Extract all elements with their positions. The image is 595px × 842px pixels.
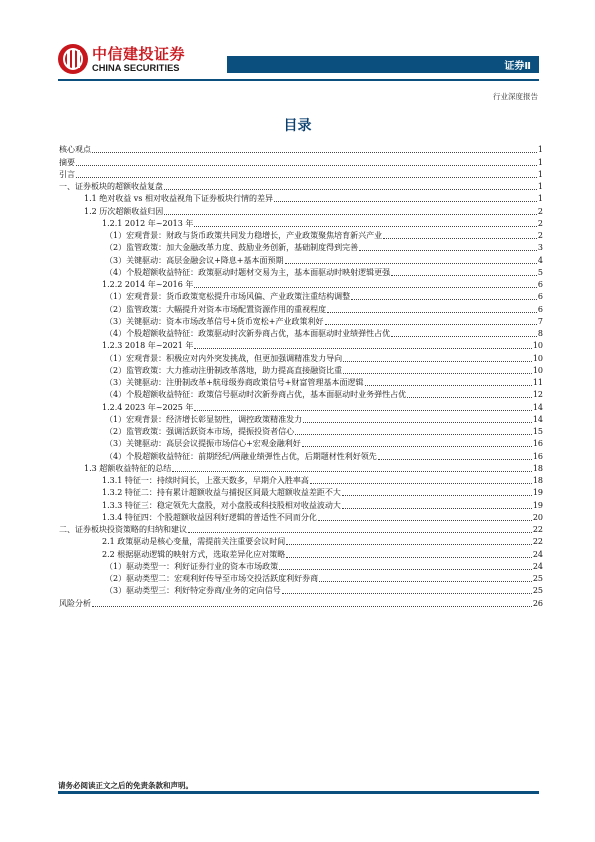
toc-entry-page: 8 [537,329,543,339]
toc-entry[interactable]: 1.2.2 2014 年~2016 年6 [59,278,543,290]
toc-entry-page: 26 [532,599,543,609]
dot-leader [310,483,532,484]
toc-entry-label: （4）个股超额收益特征：政策信号驱动时次新券商占优，基本面驱动时业务弹性占优 [105,390,407,400]
toc-entry[interactable]: （3）关键驱动：注册制改革+航母级券商政策信号+财富管理基本面逻辑11 [59,376,543,388]
toc-entry[interactable]: （4）个股超额收益特征：政策驱动时次新券商占优，基本面驱动时业绩弹性占优8 [59,327,543,339]
dot-leader [194,287,537,288]
toc-entry[interactable]: 1.3.1 特征一：持续时间长，上涨天数多，早期介入胜率高18 [59,474,543,486]
toc-entry-page: 10 [532,354,543,364]
toc-entry-page: 10 [532,366,543,376]
dot-leader [327,312,537,313]
toc-entry-label: （3）关键驱动：高层会议提振市场信心+宏观金融利好 [105,439,302,449]
toc-entry-page: 1 [537,182,543,192]
toc-entry[interactable]: 1.2 历次超额收益归因2 [59,204,543,216]
toc-entry-page: 5 [537,268,543,278]
toc-entry-page: 2 [537,219,543,229]
toc-entry[interactable]: 引言1 [59,168,543,180]
toc-entry[interactable]: 2.2 根据驱动逻辑的映射方式，选取差异化应对策略24 [59,547,543,559]
logo-chinese-name: 中信建投证券 [92,43,185,64]
company-logo: 中信建投证券 CHINA SECURITIES [58,42,188,78]
dot-leader [92,606,532,607]
toc-entry[interactable]: （4）个股超额收益特征：前期经纪/两融业绩弹性占优，后期题材性利好领先16 [59,449,543,461]
toc-entry[interactable]: 1.3.4 特征四：个股超额收益因利好逻辑的普适性不同而分化20 [59,511,543,523]
header-band: 证券Ⅱ [227,56,539,73]
table-of-contents: 核心观点1摘要1引言1一、证券板块的超额收益复盘11.1 绝对收益 vs 相对收… [59,143,543,609]
toc-entry-label: （4）个股超额收益特征：前期经纪/两融业绩弹性占优，后期题材性利好领先 [105,452,378,462]
toc-entry[interactable]: （2）监管政策：加大金融改革力度、鼓励业务创新，基础制度得到完善3 [59,241,543,253]
toc-entry-page: 6 [537,305,543,315]
toc-entry[interactable]: （3）关键驱动：高层会议提振市场信心+宏观金融利好16 [59,437,543,449]
toc-entry-page: 6 [537,292,543,302]
toc-entry-page: 12 [532,390,543,400]
toc-entry-label: 1.3.2 特征二：持有累计超额收益与捕捉区间最大超额收益差距不大 [102,488,342,498]
toc-entry-label: （2）监管政策：大幅提升对资本市场配置资源作用的重视程度 [105,305,327,315]
toc-entry-label: （3）关键驱动：高层金融会议+降息+基本面预期 [105,256,285,266]
toc-entry-page: 2 [537,207,543,217]
dot-leader [286,557,532,558]
toc-entry-label: 1.3.4 特征四：个股超额收益因利好逻辑的普适性不同而分化 [102,513,318,523]
dot-leader [188,532,532,533]
dot-leader [325,324,537,325]
dot-leader [365,385,532,386]
toc-entry-label: 1.3.1 特征一：持续时间长，上涨天数多，早期介入胜率高 [102,476,310,486]
toc-entry-label: （2）驱动类型二：宏观利好传导至市场交投活跃度利好券商 [105,574,319,584]
toc-entry-page: 4 [537,256,543,266]
toc-entry[interactable]: 1.3.3 特征三：稳定领先大盘股，对小盘股或科技股相对收益波动大19 [59,498,543,510]
dot-leader [286,544,532,545]
dot-leader [342,508,532,509]
toc-entry[interactable]: （4）个股超额收益特征：政策驱动时题材交易为主，基本面驱动时映射逻辑更强5 [59,266,543,278]
toc-entry-label: （1）宏观背景：货币政策宽松提升市场风偏、产业政策注重结构调整 [105,292,351,302]
dot-leader [274,201,537,202]
dot-leader [194,226,537,227]
toc-entry[interactable]: （1）宏观背景：货币政策宽松提升市场风偏、产业政策注重结构调整6 [59,290,543,302]
dot-leader [303,422,532,423]
toc-entry-page: 16 [532,439,543,449]
toc-entry[interactable]: 1.1 绝对收益 vs 相对收益视角下证券板块行情的差异1 [59,192,543,204]
toc-entry[interactable]: 二、证券板块投资策略的归纳和建议22 [59,523,543,535]
toc-entry-label: 引言 [59,170,76,180]
toc-entry-page: 18 [532,464,543,474]
toc-entry-page: 22 [532,525,543,535]
toc-entry[interactable]: （2）监管政策：大力推动注册制改革落地，助力提高直接融资比重10 [59,364,543,376]
dot-leader [92,152,537,153]
toc-entry-page: 1 [537,194,543,204]
toc-entry-label: 1.2 历次超额收益归因 [84,207,164,217]
toc-entry-label: 1.3 超额收益特征的总结 [84,464,172,474]
toc-entry[interactable]: （1）宏观背景：财政与货币政策共同发力稳增长，产业政策聚焦培育新兴产业2 [59,229,543,241]
toc-entry[interactable]: 2.1 政策驱动是核心变量，需提前关注重要会议时间22 [59,535,543,547]
toc-entry-page: 15 [532,427,543,437]
toc-entry-page: 16 [532,452,543,462]
header-divider [58,79,539,81]
toc-entry-label: （4）个股超额收益特征：政策驱动时次新券商占优，基本面驱动时业绩弹性占优 [105,329,391,339]
toc-entry[interactable]: （3）关键驱动：资本市场改革信号+货币宽松+产业政策利好7 [59,315,543,327]
toc-entry-page: 19 [532,501,543,511]
toc-entry-page: 14 [532,403,543,413]
toc-entry-label: （1）驱动类型一：利好证券行业的资本市场政策 [105,562,279,572]
toc-entry-label: （1）宏观背景：财政与货币政策共同发力稳增长，产业政策聚焦培育新兴产业 [105,231,383,241]
toc-entry[interactable]: 核心观点1 [59,143,543,155]
dot-leader [383,238,537,239]
toc-entry[interactable]: （3）关键驱动：高层金融会议+降息+基本面预期4 [59,253,543,265]
toc-entry-label: 1.2.2 2014 年~2016 年 [102,280,194,290]
toc-entry-label: 2.1 政策驱动是核心变量，需提前关注重要会议时间 [102,537,286,547]
toc-entry-page: 6 [537,280,543,290]
toc-entry-page: 25 [532,586,543,596]
dot-leader [351,299,537,300]
dot-leader [378,459,532,460]
toc-entry-page: 20 [532,513,543,523]
toc-entry-label: （1）宏观背景：积极应对内外突发挑战，但更加强调精准发力导向 [105,354,343,364]
toc-entry-page: 25 [532,574,543,584]
toc-entry-page: 19 [532,488,543,498]
dot-leader [319,581,532,582]
toc-entry-label: 2.2 根据驱动逻辑的映射方式，选取差异化应对策略 [102,550,286,560]
toc-entry-label: （3）关键驱动：注册制改革+航母级券商政策信号+财富管理基本面逻辑 [105,378,365,388]
toc-entry-label: 二、证券板块投资策略的归纳和建议 [59,525,188,535]
toc-entry-label: 风险分析 [59,599,92,609]
toc-title: 目录 [0,115,595,135]
toc-entry-label: （2）监管政策：强调活跃资本市场，提振投资者信心 [105,427,295,437]
dot-leader [295,434,532,435]
toc-entry-label: （1）宏观背景：经济增长彰显韧性，调控政策精准发力 [105,415,303,425]
toc-entry-label: （3）驱动类型三：利好特定券商/业务的定向信号 [105,586,282,596]
toc-entry[interactable]: （2）驱动类型二：宏观利好传导至市场交投活跃度利好券商25 [59,572,543,584]
dot-leader [194,348,531,349]
toc-entry-label: （2）监管政策：大力推动注册制改革落地，助力提高直接融资比重 [105,366,343,376]
toc-entry-page: 18 [532,476,543,486]
dot-leader [194,410,531,411]
footer-divider [58,791,539,794]
toc-entry-label: 核心观点 [59,145,92,155]
toc-entry-page: 3 [537,243,543,253]
dot-leader [343,373,532,374]
toc-entry-label: （3）关键驱动：资本市场改革信号+货币宽松+产业政策利好 [105,317,325,327]
toc-entry-page: 10 [532,341,543,351]
toc-entry-label: （2）监管政策：加大金融改革力度、鼓励业务创新，基础制度得到完善 [105,243,359,253]
logo-english-name: CHINA SECURITIES [92,63,179,73]
dot-leader [172,471,532,472]
dot-leader [391,275,537,276]
toc-entry-label: 1.1 绝对收益 vs 相对收益视角下证券板块行情的差异 [84,194,274,204]
dot-leader [343,361,532,362]
toc-entry[interactable]: 一、证券板块的超额收益复盘1 [59,180,543,192]
toc-entry[interactable]: （2）监管政策：强调活跃资本市场，提振投资者信心15 [59,425,543,437]
toc-entry-page: 1 [537,170,543,180]
dot-leader [164,189,537,190]
toc-entry[interactable]: 1.2.1 2012 年~2013 年2 [59,217,543,229]
citic-logo-icon [58,44,88,74]
dot-leader [359,250,537,251]
dot-leader [76,165,537,166]
toc-entry[interactable]: 1.2.4 2023 年~2025 年14 [59,400,543,412]
toc-entry-label: 1.3.3 特征三：稳定领先大盘股，对小盘股或科技股相对收益波动大 [102,501,342,511]
toc-entry[interactable]: （2）监管政策：大幅提升对资本市场配置资源作用的重视程度6 [59,302,543,314]
toc-entry[interactable]: （1）宏观背景：经济增长彰显韧性，调控政策精准发力14 [59,413,543,425]
toc-entry-page: 1 [537,145,543,155]
industry-label: 证券Ⅱ [504,57,531,72]
toc-entry[interactable]: （4）个股超额收益特征：政策信号驱动时次新券商占优，基本面驱动时业务弹性占优12 [59,388,543,400]
toc-entry[interactable]: （1）宏观背景：积极应对内外突发挑战，但更加强调精准发力导向10 [59,351,543,363]
toc-entry-page: 2 [537,231,543,241]
dot-leader [391,336,537,337]
dot-leader [282,593,532,594]
toc-entry-label: 1.2.1 2012 年~2013 年 [102,219,194,229]
toc-entry-page: 1 [537,158,543,168]
toc-entry[interactable]: 1.3.2 特征二：持有累计超额收益与捕捉区间最大超额收益差距不大19 [59,486,543,498]
dot-leader [342,495,532,496]
toc-entry-label: 摘要 [59,158,76,168]
disclaimer-note: 请务必阅读正文之后的免责条款和声明。 [58,780,193,791]
toc-entry-page: 24 [532,562,543,572]
toc-entry-label: 1.2.3 2018 年~2021 年 [102,341,194,351]
dot-leader [164,214,537,215]
dot-leader [407,397,532,398]
dot-leader [279,569,532,570]
report-type: 行业深度报告 [493,91,538,102]
toc-entry[interactable]: 1.2.3 2018 年~2021 年10 [59,339,543,351]
toc-entry-page: 14 [532,415,543,425]
toc-entry-label: 1.2.4 2023 年~2025 年 [102,403,194,413]
dot-leader [318,520,532,521]
toc-entry[interactable]: （1）驱动类型一：利好证券行业的资本市场政策24 [59,560,543,572]
toc-entry-label: （4）个股超额收益特征：政策驱动时题材交易为主，基本面驱动时映射逻辑更强 [105,268,391,278]
toc-entry-page: 22 [532,537,543,547]
toc-entry[interactable]: （3）驱动类型三：利好特定券商/业务的定向信号25 [59,584,543,596]
toc-entry-page: 24 [532,550,543,560]
toc-entry[interactable]: 风险分析26 [59,596,543,608]
toc-entry[interactable]: 摘要1 [59,155,543,167]
dot-leader [285,263,537,264]
dot-leader [302,446,532,447]
toc-entry-page: 11 [532,378,543,388]
toc-entry-label: 一、证券板块的超额收益复盘 [59,182,164,192]
toc-entry[interactable]: 1.3 超额收益特征的总结18 [59,462,543,474]
toc-entry-page: 7 [537,317,543,327]
dot-leader [76,177,537,178]
